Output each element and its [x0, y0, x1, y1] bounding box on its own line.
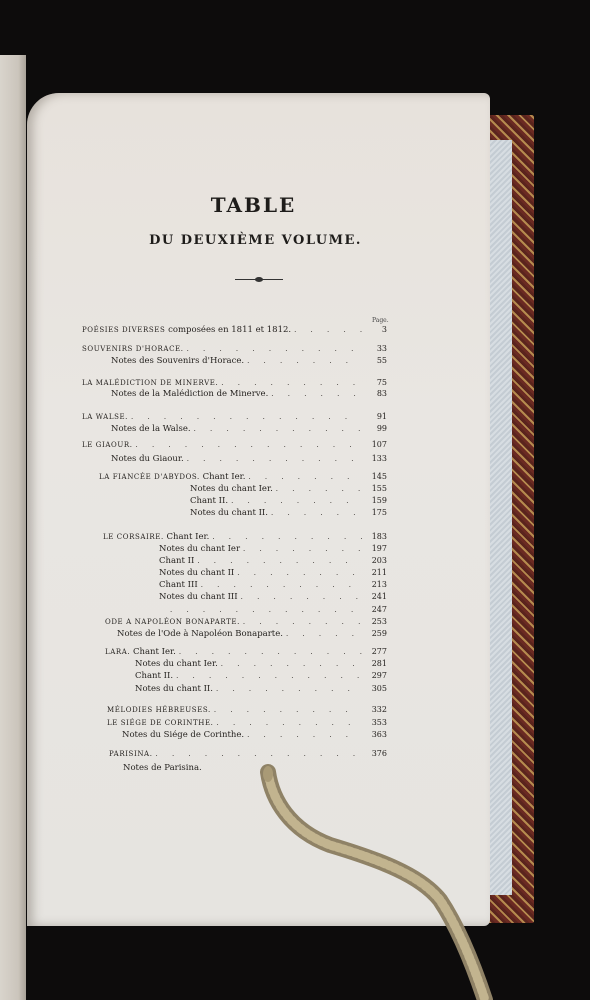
entry-page: 91: [365, 412, 387, 421]
entry-page: 281: [365, 659, 387, 668]
toc-row: Notes des Souvenirs d'Horace.55: [111, 356, 387, 368]
entry-text: Chant Ier.: [166, 532, 209, 542]
entry-title: ODE A NAPOLÉON BONAPARTE.: [105, 618, 240, 626]
entry-text: Chant Ier.: [133, 647, 176, 657]
toc-page: TABLE DU DEUXIÈME VOLUME. Page. POÉSIES …: [27, 93, 490, 926]
leader-dots: [243, 618, 362, 626]
entry-text: Notes du chant II.: [190, 508, 268, 518]
entry-text: Notes du chant Ier.: [135, 659, 218, 669]
leader-dots: [294, 326, 362, 334]
leader-dots: [179, 648, 362, 656]
toc-row: MÉLODIES HÉBREUSES.332: [107, 705, 387, 717]
entry-text: Notes des Souvenirs d'Horace.: [111, 356, 244, 366]
toc-row: Notes du Giaour.133: [111, 454, 387, 466]
entry-text: Notes du Siége de Corinthe.: [122, 730, 244, 740]
toc-row: Notes du chant Ier.155: [190, 484, 387, 496]
entry-page: 183: [365, 532, 387, 541]
toc-row: LE SIÉGE DE CORINTHE.353: [107, 718, 387, 730]
leader-dots: [241, 593, 362, 601]
entry-page: 277: [365, 647, 387, 656]
toc-row: Notes du chant II.305: [135, 684, 387, 696]
entry-page: 203: [365, 556, 387, 565]
entry-text: Notes de la Walse.: [111, 424, 191, 434]
entry-page: 75: [365, 378, 387, 387]
entry-page: 376: [365, 749, 387, 758]
leader-dots: [221, 660, 362, 668]
entry-title: MÉLODIES HÉBREUSES.: [107, 706, 211, 714]
toc-row: Notes du chant Ier197: [159, 544, 387, 556]
toc-row: POÉSIES DIVERSES composées en 1811 et 18…: [82, 325, 387, 337]
leader-dots: [271, 509, 362, 517]
entry-page: 107: [365, 440, 387, 449]
entry-text: Chant II.: [135, 671, 173, 681]
toc-row: Chant II.159: [190, 496, 387, 508]
leader-dots: [247, 731, 362, 739]
leader-dots: [231, 497, 362, 505]
entry-page: 211: [365, 568, 387, 577]
entry-text: Notes de l'Ode à Napoléon Bonaparte.: [117, 629, 283, 639]
toc-row: Notes de la Malédiction de Minerve.83: [111, 389, 387, 401]
leader-dots: [286, 630, 362, 638]
entry-page: 83: [365, 389, 387, 398]
entry-page: 332: [365, 705, 387, 714]
entry-text: Notes du chant II.: [135, 684, 213, 694]
entry-text: Notes du chant II: [159, 568, 234, 578]
leader-dots: [214, 706, 362, 714]
entry-page: 297: [365, 671, 387, 680]
leader-dots: [217, 719, 363, 727]
toc-row: Notes du chant II211: [159, 568, 387, 580]
entry-title: PARISINA.: [109, 750, 153, 758]
entry-title: LA FIANCÉE D'ABYDOS.: [99, 473, 200, 481]
toc-row: Notes du Siége de Corinthe.363: [122, 730, 387, 742]
entry-text: Notes du chant Ier: [159, 544, 240, 554]
entry-page: 159: [365, 496, 387, 505]
entry-text: Notes du chant Ier.: [190, 484, 273, 494]
entry-text: Notes de Parisina.: [123, 763, 202, 773]
entry-text: Notes du chant III: [159, 592, 238, 602]
entry-page: 353: [365, 718, 387, 727]
toc-entries: POÉSIES DIVERSES composées en 1811 et 18…: [27, 93, 490, 926]
leader-dots: [248, 473, 362, 481]
toc-row: Chant II.297: [135, 671, 387, 683]
toc-row: ODE A NAPOLÉON BONAPARTE.253: [105, 617, 387, 629]
leader-dots: [194, 425, 362, 433]
entry-page: 133: [365, 454, 387, 463]
entry-page: 253: [365, 617, 387, 626]
entry-page: 3: [365, 325, 387, 334]
entry-text: Notes de la Malédiction de Minerve.: [111, 389, 268, 399]
entry-text: Notes du Giaour.: [111, 454, 184, 464]
entry-page: 33: [365, 344, 387, 353]
leader-dots: [216, 685, 362, 693]
entry-title: LA MALÉDICTION DE MINERVE.: [82, 379, 218, 387]
leader-dots: [176, 672, 362, 680]
toc-row: LARA. Chant Ier.277: [105, 647, 387, 659]
toc-row: Notes du chant Ier.281: [135, 659, 387, 671]
toc-row: LE CORSAIRE. Chant Ier.183: [103, 532, 387, 544]
entry-page: 145: [365, 472, 387, 481]
entry-page: 259: [365, 629, 387, 638]
entry-page: 175: [365, 508, 387, 517]
leader-dots: [247, 357, 362, 365]
toc-row: Notes du chant II.175: [190, 508, 387, 520]
entry-title: LE CORSAIRE.: [103, 533, 164, 541]
entry-page: 155: [365, 484, 387, 493]
leader-dots: [197, 557, 362, 565]
toc-row: LE GIAOUR.107: [82, 440, 387, 452]
toc-row: LA WALSE.91: [82, 412, 387, 424]
toc-row: Notes du chant III241: [159, 592, 387, 604]
leader-dots: [187, 455, 362, 463]
leader-dots: [170, 606, 362, 614]
entry-text: Chant II.: [190, 496, 228, 506]
entry-title: LE GIAOUR.: [82, 441, 133, 449]
leader-dots: [187, 345, 362, 353]
leader-dots: [237, 569, 362, 577]
leader-dots: [156, 750, 362, 758]
entry-text: Chant Ier.: [203, 472, 246, 482]
entry-page: 55: [365, 356, 387, 365]
entry-page: 247: [365, 605, 387, 614]
toc-row: Notes de la Walse.99: [111, 424, 387, 436]
entry-text: Chant II: [159, 556, 194, 566]
toc-row: Chant III213: [159, 580, 387, 592]
entry-page: 213: [365, 580, 387, 589]
toc-row: Chant II203: [159, 556, 387, 568]
entry-page: 241: [365, 592, 387, 601]
entry-title: POÉSIES DIVERSES: [82, 326, 165, 334]
toc-row: Notes de l'Ode à Napoléon Bonaparte.259: [117, 629, 387, 641]
leader-dots: [243, 545, 362, 553]
toc-row: 247: [167, 605, 387, 617]
toc-row: SOUVENIRS D'HORACE.33: [82, 344, 387, 356]
entry-title: SOUVENIRS D'HORACE.: [82, 345, 184, 353]
entry-page: 99: [365, 424, 387, 433]
toc-row: Notes de Parisina.: [123, 763, 273, 775]
leader-dots: [136, 441, 362, 449]
entry-text: composées en 1811 et 1812.: [168, 325, 291, 335]
toc-row: PARISINA.376: [109, 749, 387, 761]
leader-dots: [271, 390, 362, 398]
entry-page: 305: [365, 684, 387, 693]
leader-dots: [276, 485, 362, 493]
leader-dots: [131, 413, 362, 421]
entry-page: 363: [365, 730, 387, 739]
entry-text: Chant III: [159, 580, 198, 590]
leader-dots: [221, 379, 362, 387]
entry-title: LA WALSE.: [82, 413, 128, 421]
entry-title: LARA.: [105, 648, 130, 656]
leader-dots: [201, 581, 362, 589]
toc-row: LA FIANCÉE D'ABYDOS. Chant Ier.145: [99, 472, 387, 484]
entry-title: LE SIÉGE DE CORINTHE.: [107, 719, 214, 727]
leader-dots: [212, 533, 362, 541]
entry-page: 197: [365, 544, 387, 553]
